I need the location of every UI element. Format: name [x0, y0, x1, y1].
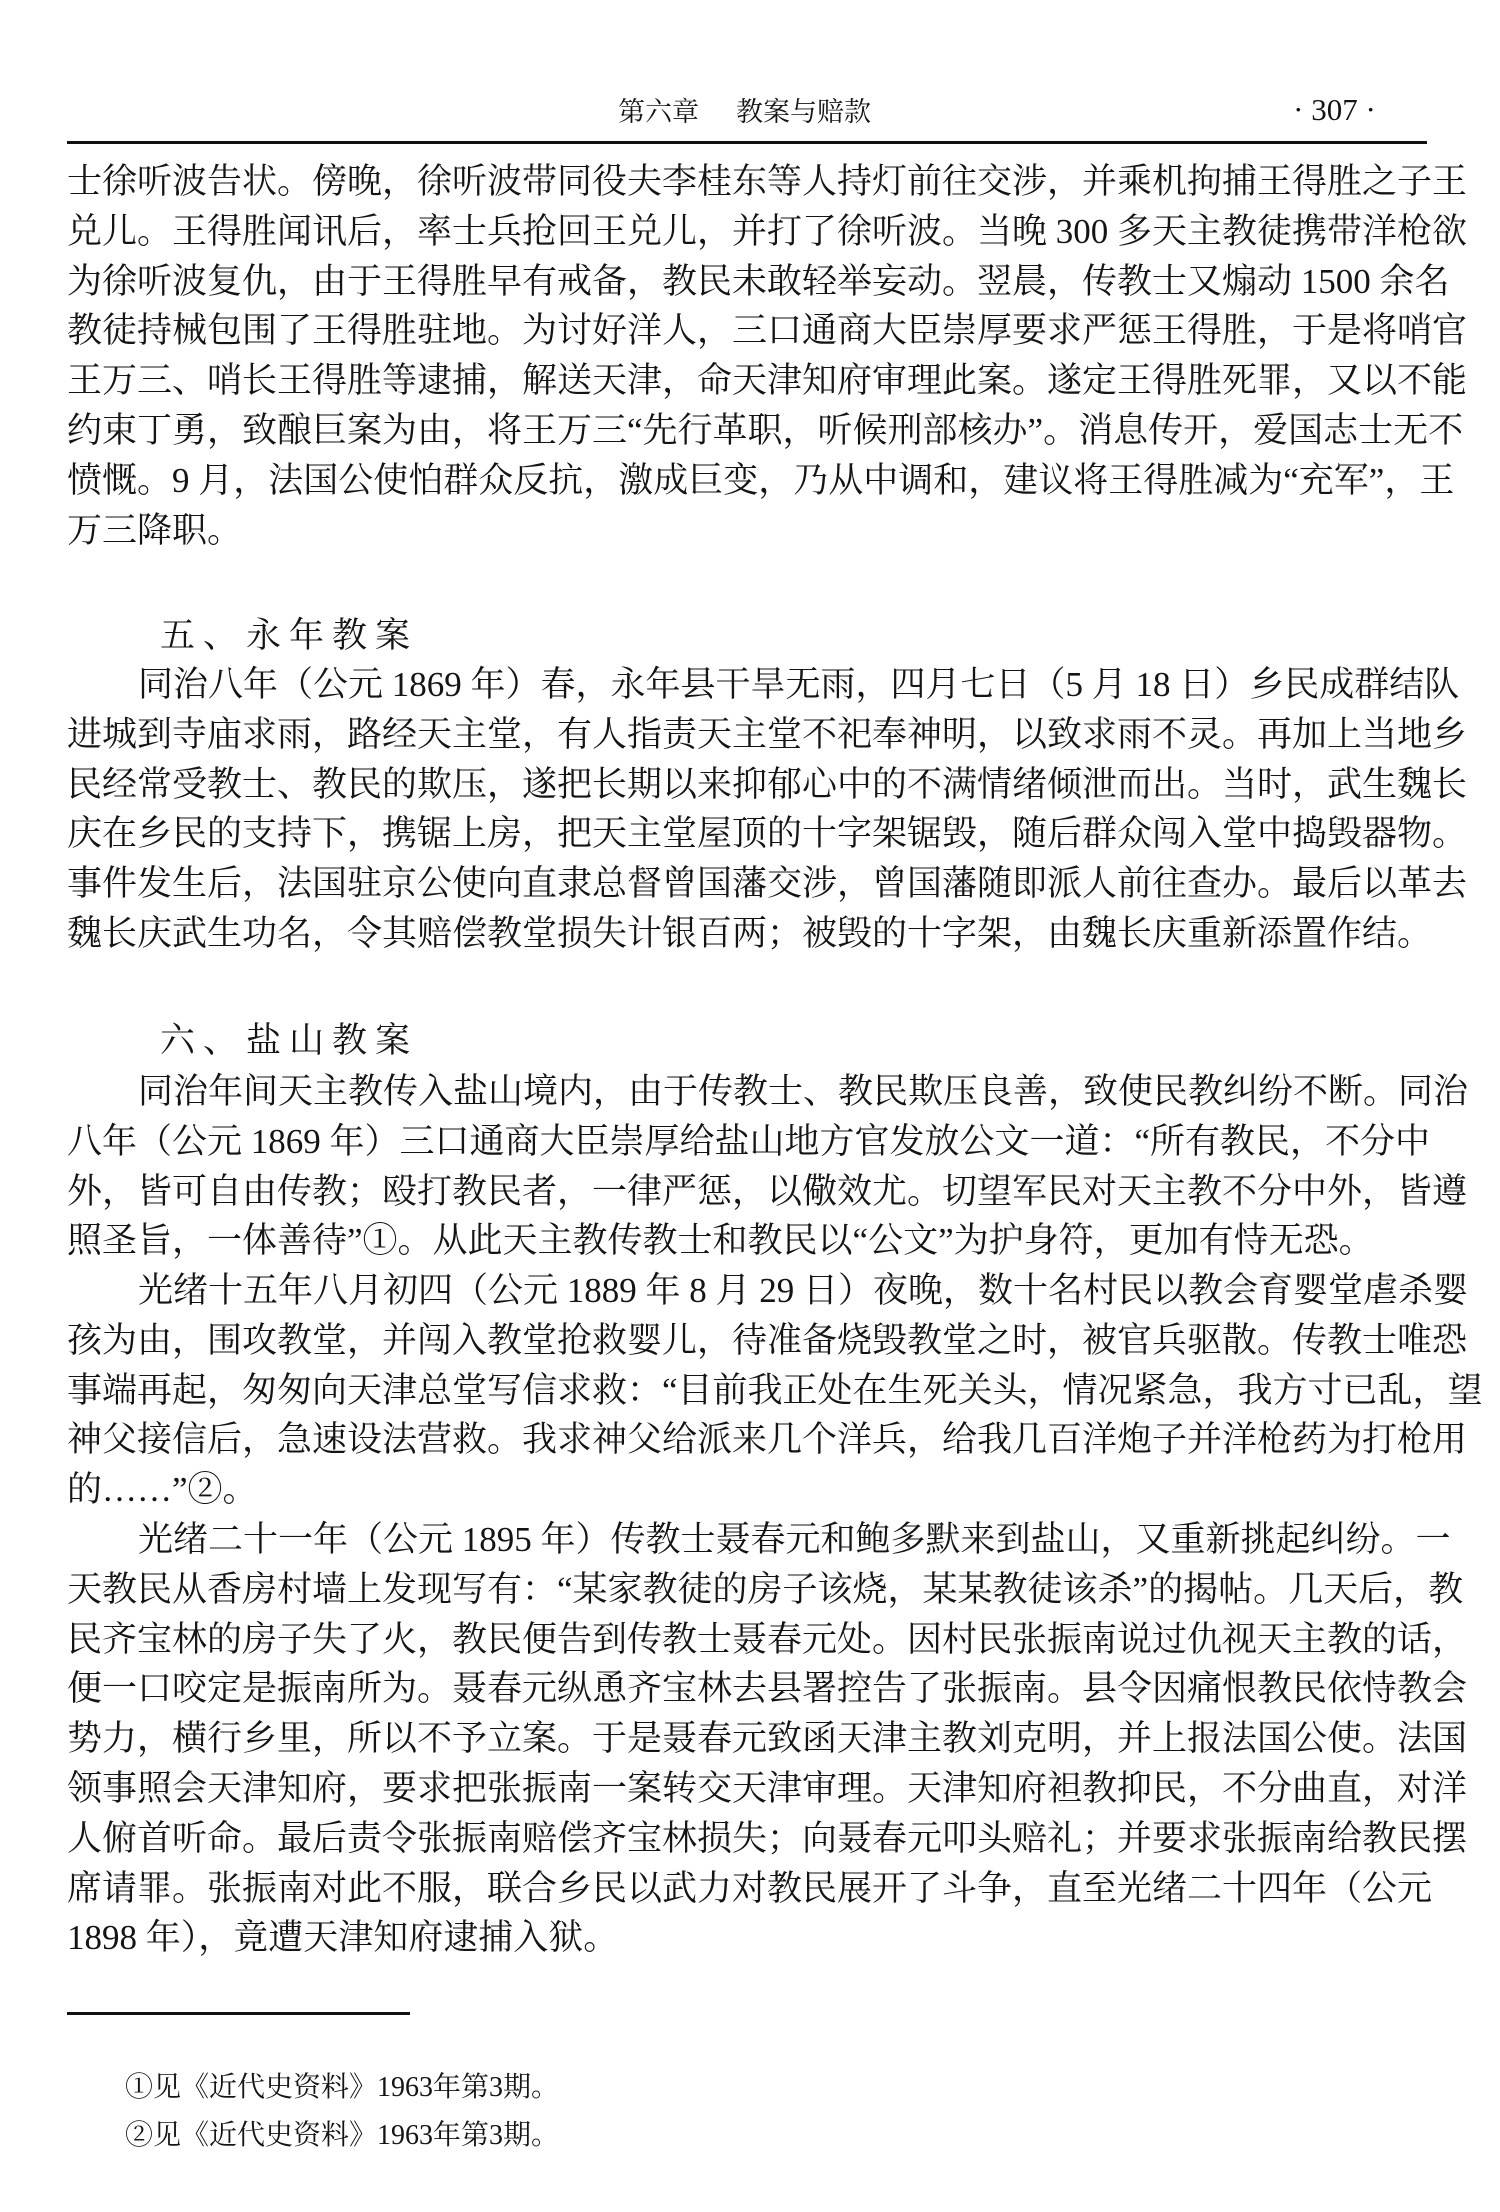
text-line: 万三降职。 [67, 506, 1427, 556]
text-line: 光绪十五年八月初四（公元 1889 年 8 月 29 日）夜晚，数十名村民以教会… [67, 1266, 1427, 1316]
text-line: 席请罪。张振南对此不服，联合乡民以武力对教民展开了斗争，直至光绪二十四年（公元 [67, 1864, 1427, 1914]
text-line: 为徐听波复仇，由于王得胜早有戒备，教民未敢轻举妄动。翌晨，传教士又煽动 1500… [67, 257, 1427, 307]
section-6-paragraph-3: 光绪二十一年（公元 1895 年）传教士聂春元和鲍多默来到盐山，又重新挑起纠纷。… [67, 1515, 1427, 1963]
text-line: 教徒持械包围了王得胜驻地。为讨好洋人，三口通商大臣崇厚要求严惩王得胜，于是将哨官 [67, 306, 1427, 356]
text-line: 天教民从香房村墙上发现写有：“某家教徒的房子该烧，某某教徒该杀”的揭帖。几天后，… [67, 1565, 1427, 1615]
text-line: 八年（公元 1869 年）三口通商大臣崇厚给盐山地方官发放公文一道：“所有教民，… [67, 1117, 1427, 1167]
section-6-paragraph-2: 光绪十五年八月初四（公元 1889 年 8 月 29 日）夜晚，数十名村民以教会… [67, 1266, 1427, 1515]
header-rule [67, 141, 1427, 144]
page-number: · 307 · [1287, 90, 1382, 130]
section-5-paragraph: 同治八年（公元 1869 年）春，永年县干旱无雨，四月七日（5 月 18 日）乡… [67, 660, 1427, 959]
text-line: 魏长庆武生功名，令其赔偿教堂损失计银百两；被毁的十字架，由魏长庆重新添置作结。 [67, 909, 1427, 959]
text-line: 同治年间天主教传入盐山境内，由于传教士、教民欺压良善，致使民教纠纷不断。同治 [67, 1067, 1427, 1117]
section-6-paragraph-1: 同治年间天主教传入盐山境内，由于传教士、教民欺压良善，致使民教纠纷不断。同治 八… [67, 1067, 1427, 1266]
text-line: 孩为由，围攻教堂，并闯入教堂抢救婴儿，待准备烧毁教堂之时，被官兵驱散。传教士唯恐 [67, 1316, 1427, 1366]
continuation-paragraph: 士徐听波告状。傍晚，徐听波带同役夫李桂东等人持灯前往交涉，并乘机拘捕王得胜之子王… [67, 157, 1427, 555]
text-line: 约束丁勇，致酿巨案为由，将王万三“先行革职，听候刑部核办”。消息传开，爱国志士无… [67, 406, 1427, 456]
text-line: 王万三、哨长王得胜等逮捕，解送天津，命天津知府审理此案。遂定王得胜死罪，又以不能 [67, 356, 1427, 406]
text-line: 势力，横行乡里，所以不予立案。于是聂春元致函天津主教刘克明，并上报法国公使。法国 [67, 1714, 1427, 1764]
text-line: 同治八年（公元 1869 年）春，永年县干旱无雨，四月七日（5 月 18 日）乡… [67, 660, 1427, 710]
text-line: 照圣旨，一体善待”①。从此天主教传教士和教民以“公文”为护身符，更加有恃无恐。 [67, 1216, 1427, 1266]
text-line: 兑儿。王得胜闻讯后，率士兵抢回王兑儿，并打了徐听波。当晚 300 多天主教徒携带… [67, 207, 1427, 257]
text-line: 领事照会天津知府，要求把张振南一案转交天津审理。天津知府袒教抑民，不分曲直，对洋 [67, 1764, 1427, 1814]
running-head: 第六章教案与赔款 [618, 94, 871, 130]
text-line: 1898 年），竟遭天津知府逮捕入狱。 [67, 1913, 1427, 1963]
text-line: 的……”②。 [67, 1465, 1427, 1515]
footnote-rule [67, 2012, 410, 2015]
chapter-label: 第六章 [618, 97, 699, 127]
text-line: 人俯首听命。最后责令张振南赔偿齐宝林损失；向聂春元叩头赔礼；并要求张振南给教民摆 [67, 1814, 1427, 1864]
text-line: 士徐听波告状。傍晚，徐听波带同役夫李桂东等人持灯前往交涉，并乘机拘捕王得胜之子王 [67, 157, 1427, 207]
section-heading-6: 六、盐山教案 [160, 1016, 418, 1066]
text-line: 神父接信后，急速设法营救。我求神父给派来几个洋兵，给我几百洋炮子并洋枪药为打枪用 [67, 1415, 1427, 1465]
text-line: 事件发生后，法国驻京公使向直隶总督曾国藩交涉，曾国藩随即派人前往查办。最后以革去 [67, 859, 1427, 909]
footnote-2: ②见《近代史资料》1963年第3期。 [125, 2112, 559, 2160]
text-line: 便一口咬定是振南所为。聂春元纵恿齐宝林去县署控告了张振南。县令因痛恨教民依恃教会 [67, 1664, 1427, 1714]
text-line: 民经常受教士、教民的欺压，遂把长期以来抑郁心中的不满情绪倾泄而出。当时，武生魏长 [67, 760, 1427, 810]
text-line: 愤慨。9 月，法国公使怕群众反抗，激成巨变，乃从中调和，建议将王得胜减为“充军”… [67, 456, 1427, 506]
text-line: 事端再起，匆匆向天津总堂写信求救：“目前我正处在生死关头，情况紧急，我方寸已乱，… [67, 1366, 1427, 1416]
text-line: 民齐宝林的房子失了火，教民便告到传教士聂春元处。因村民张振南说过仇视天主教的话， [67, 1615, 1427, 1665]
footnotes: ①见《近代史资料》1963年第3期。 ②见《近代史资料》1963年第3期。 [125, 2064, 559, 2160]
text-line: 外，皆可自由传教；殴打教民者，一律严惩，以儆效尤。切望军民对天主教不分中外，皆遵 [67, 1167, 1427, 1217]
text-line: 光绪二十一年（公元 1895 年）传教士聂春元和鲍多默来到盐山，又重新挑起纠纷。… [67, 1515, 1427, 1565]
footnote-1: ①见《近代史资料》1963年第3期。 [125, 2064, 559, 2112]
text-line: 进城到寺庙求雨，路经天主堂，有人指责天主堂不祀奉神明，以致求雨不灵。再加上当地乡 [67, 710, 1427, 760]
chapter-title: 教案与赔款 [736, 97, 871, 127]
section-heading-5: 五、永年教案 [160, 611, 418, 661]
text-line: 庆在乡民的支持下，携锯上房，把天主堂屋顶的十字架锯毁，随后群众闯入堂中捣毁器物。 [67, 809, 1427, 859]
